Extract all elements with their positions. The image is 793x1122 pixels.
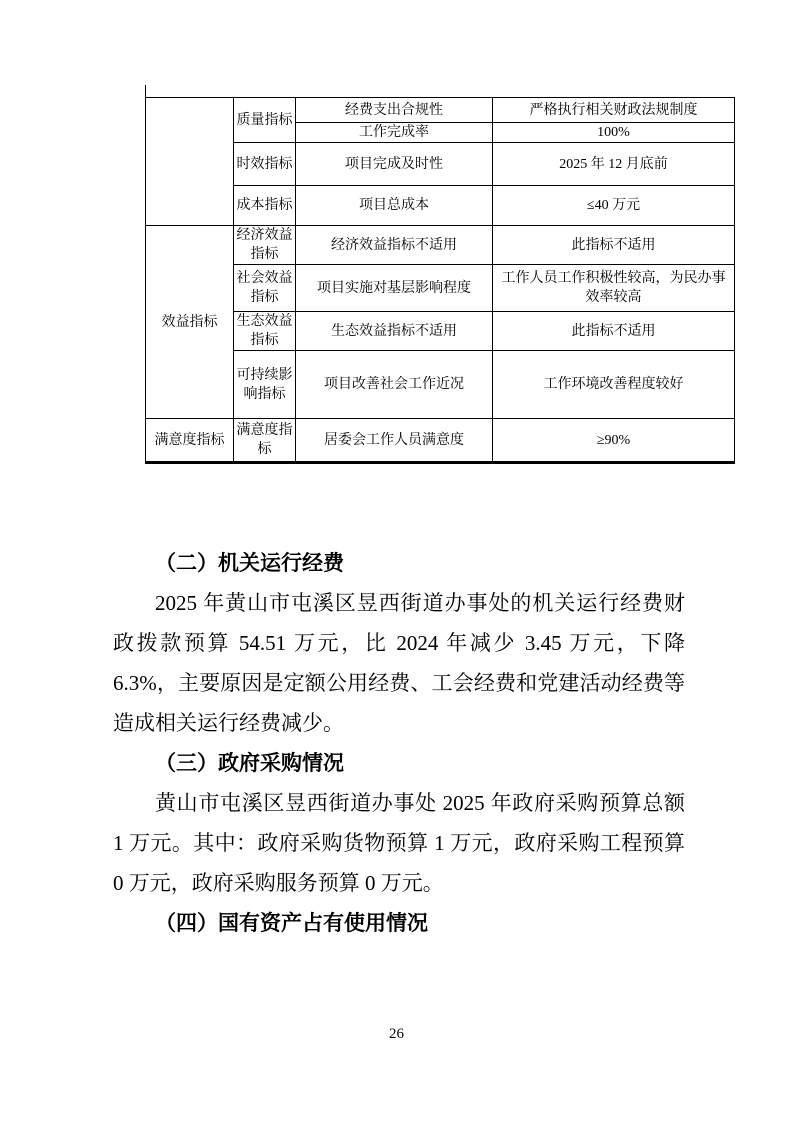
indicator-group-cell: 效益指标 <box>146 226 234 419</box>
indicator-value-cell: 工作人员工作积极性较高，为民办事效率较高 <box>493 265 735 312</box>
indicator-value-cell: 2025 年 12 月底前 <box>493 143 735 186</box>
indicator-value-cell: 此指标不适用 <box>493 226 735 265</box>
section-paragraph: 2025 年黄山市屯溪区昱西街道办事处的机关运行经费财政拨款预算 54.51 万… <box>113 583 685 743</box>
indicator-type-cell: 可持续影响指标 <box>234 351 296 419</box>
section-paragraph: 黄山市屯溪区昱西街道办事处 2025 年政府采购预算总额 1 万元。其中：政府采… <box>113 783 685 903</box>
section-heading-agency-operating-funds: （二）机关运行经费 <box>113 543 685 583</box>
performance-indicator-table: 质量指标 经费支出合规性 严格执行相关财政法规制度 工作完成率 100% 时效指… <box>145 97 714 464</box>
indicator-type-cell: 时效指标 <box>234 143 296 186</box>
indicator-value-cell: ≤40 万元 <box>493 186 735 226</box>
table-row: 生态效益指标 生态效益指标不适用 此指标不适用 <box>146 312 735 351</box>
table-row: 质量指标 经费支出合规性 严格执行相关财政法规制度 <box>146 98 735 123</box>
indicator-table: 质量指标 经费支出合规性 严格执行相关财政法规制度 工作完成率 100% 时效指… <box>145 97 735 464</box>
indicator-type-cell: 生态效益指标 <box>234 312 296 351</box>
document-body: （二）机关运行经费 2025 年黄山市屯溪区昱西街道办事处的机关运行经费财政拨款… <box>113 543 685 943</box>
table-row: 效益指标 经济效益指标 经济效益指标不适用 此指标不适用 <box>146 226 735 265</box>
indicator-name-cell: 经费支出合规性 <box>296 98 493 123</box>
table-row: 可持续影响指标 项目改善社会工作近况 工作环境改善程度较好 <box>146 351 735 419</box>
table-row: 满意度指标 满意度指标 居委会工作人员满意度 ≥90% <box>146 419 735 463</box>
indicator-type-cell: 质量指标 <box>234 98 296 143</box>
indicator-name-cell: 居委会工作人员满意度 <box>296 419 493 463</box>
indicator-value-cell: 100% <box>493 123 735 143</box>
indicator-value-cell: 严格执行相关财政法规制度 <box>493 98 735 123</box>
indicator-name-cell: 项目改善社会工作近况 <box>296 351 493 419</box>
document-page: 质量指标 经费支出合规性 严格执行相关财政法规制度 工作完成率 100% 时效指… <box>0 0 793 1122</box>
indicator-value-cell: ≥90% <box>493 419 735 463</box>
indicator-value-cell: 工作环境改善程度较好 <box>493 351 735 419</box>
indicator-group-cell: 满意度指标 <box>146 419 234 463</box>
indicator-type-cell: 经济效益指标 <box>234 226 296 265</box>
indicator-name-cell: 项目实施对基层影响程度 <box>296 265 493 312</box>
page-number: 26 <box>0 1026 793 1043</box>
indicator-type-cell: 满意度指标 <box>234 419 296 463</box>
indicator-name-cell: 生态效益指标不适用 <box>296 312 493 351</box>
indicator-group-cell <box>146 98 234 226</box>
section-heading-government-procurement: （三）政府采购情况 <box>113 743 685 783</box>
section-heading-state-owned-assets: （四）国有资产占有使用情况 <box>113 903 685 943</box>
table-row: 社会效益指标 项目实施对基层影响程度 工作人员工作积极性较高，为民办事效率较高 <box>146 265 735 312</box>
indicator-type-cell: 成本指标 <box>234 186 296 226</box>
table-row: 成本指标 项目总成本 ≤40 万元 <box>146 186 735 226</box>
indicator-name-cell: 工作完成率 <box>296 123 493 143</box>
indicator-name-cell: 项目完成及时性 <box>296 143 493 186</box>
indicator-name-cell: 项目总成本 <box>296 186 493 226</box>
indicator-type-cell: 社会效益指标 <box>234 265 296 312</box>
table-row: 时效指标 项目完成及时性 2025 年 12 月底前 <box>146 143 735 186</box>
indicator-value-cell: 此指标不适用 <box>493 312 735 351</box>
indicator-name-cell: 经济效益指标不适用 <box>296 226 493 265</box>
